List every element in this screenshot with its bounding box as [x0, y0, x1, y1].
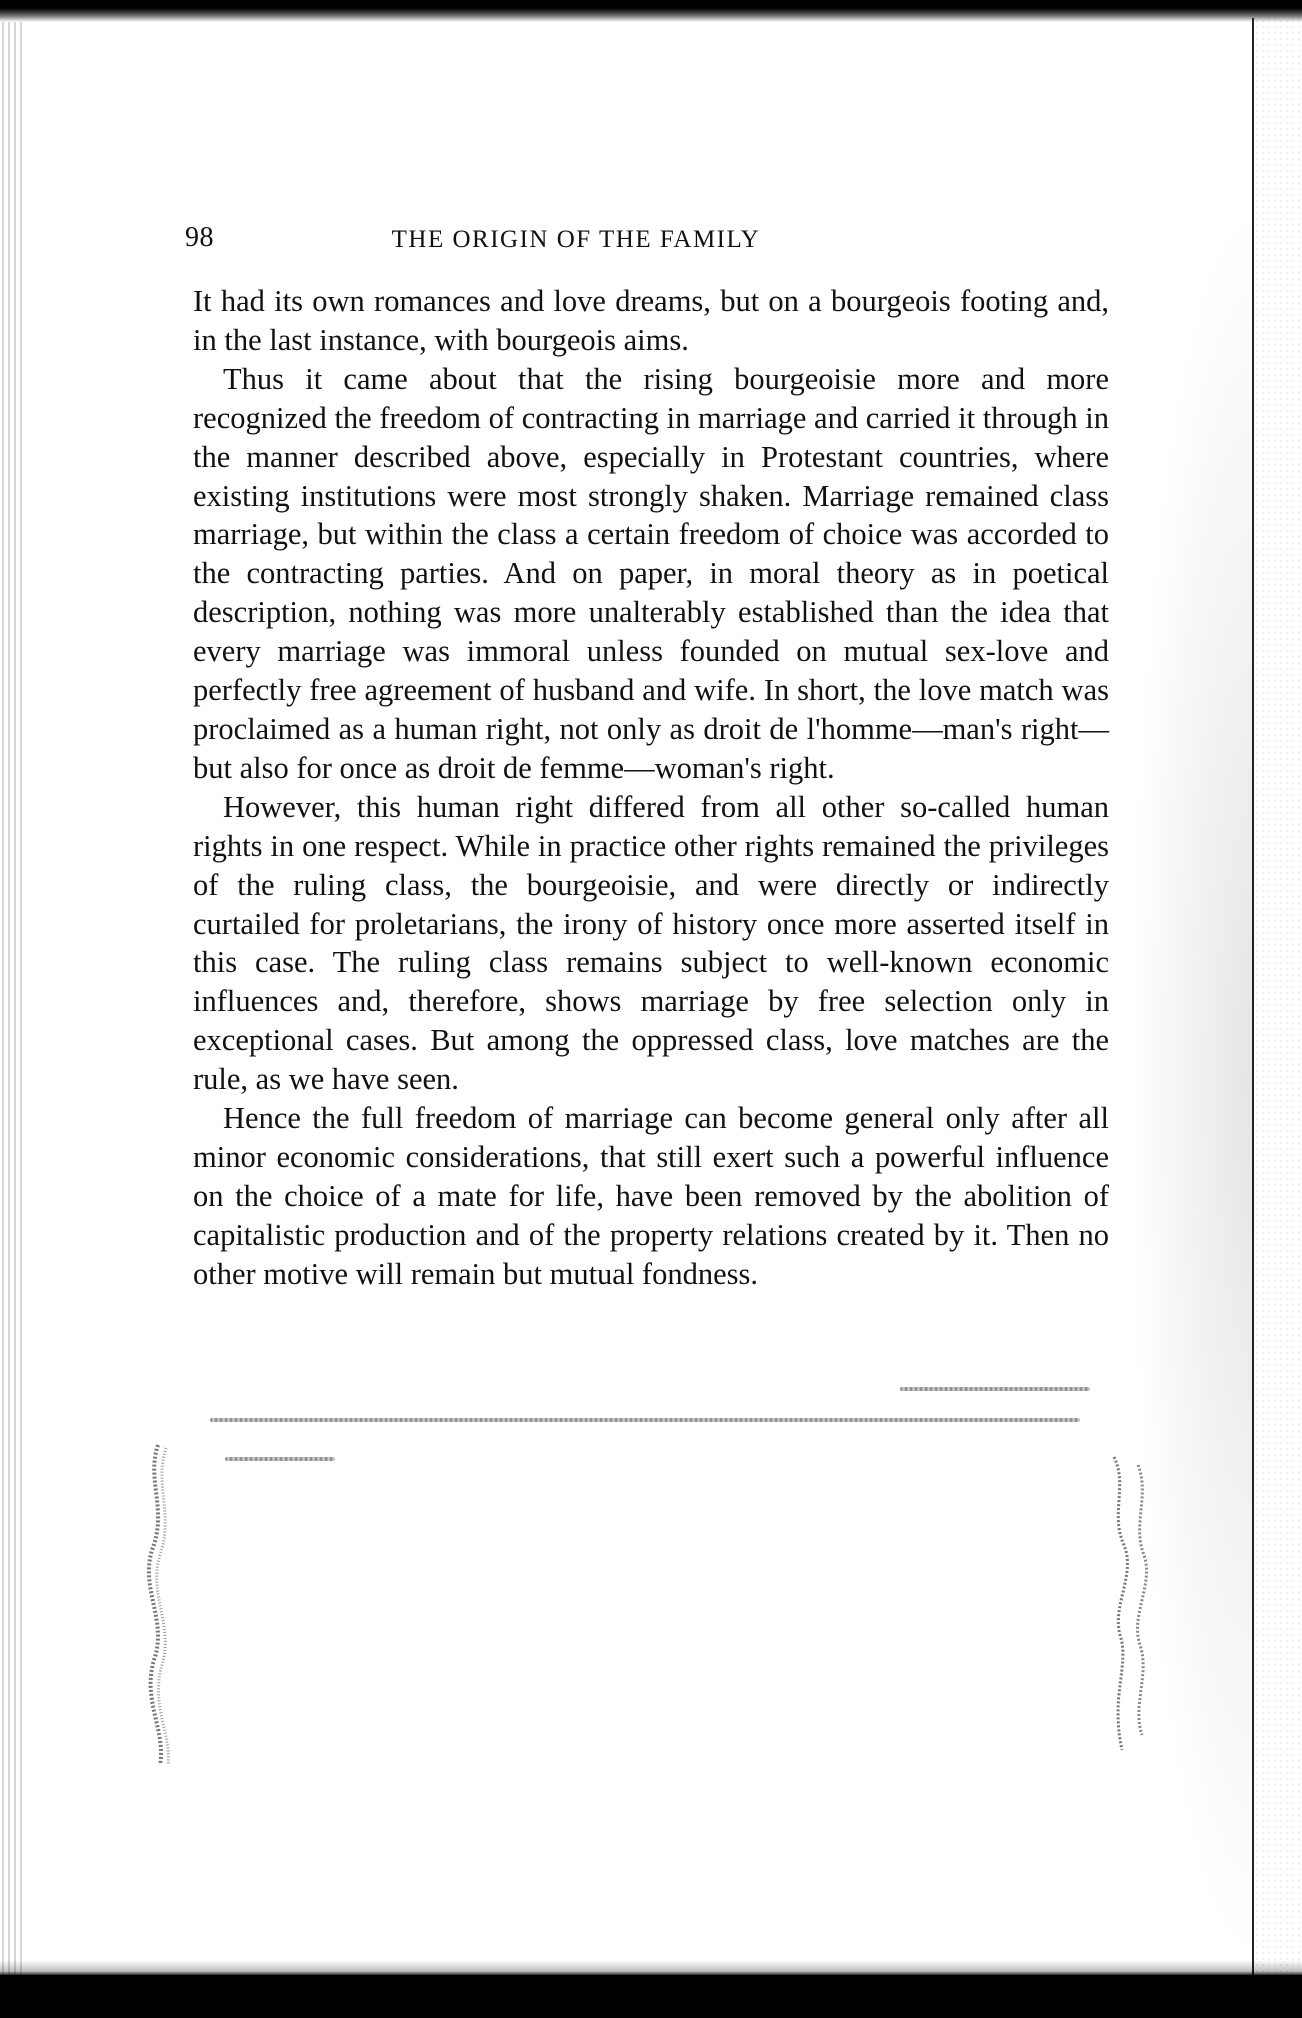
pencil-bracket-left-icon	[138, 1440, 178, 1770]
adjacent-page-texture	[1254, 18, 1302, 1978]
book-page: 98 THE ORIGIN OF THE FAMILY It had its o…	[193, 222, 1109, 1294]
paragraph: It had its own romances and love dreams,…	[193, 282, 1109, 360]
book-gutter	[0, 22, 22, 1977]
running-title: THE ORIGIN OF THE FAMILY	[193, 226, 1109, 254]
paragraph: However, this human right differed from …	[193, 788, 1109, 1099]
pencil-underline-mark	[225, 1457, 335, 1461]
pencil-underline-mark	[900, 1387, 1090, 1391]
pencil-bracket-right-icon	[1108, 1455, 1158, 1755]
body-text: It had its own romances and love dreams,…	[193, 282, 1109, 1294]
pencil-underline-mark	[210, 1418, 1080, 1422]
page-header: 98 THE ORIGIN OF THE FAMILY	[193, 222, 1109, 260]
paragraph: Hence the full freedom of marriage can b…	[193, 1099, 1109, 1294]
scan-bottom-border	[0, 1975, 1302, 2018]
scan-bottom-fade	[0, 1960, 1302, 1976]
scan-top-border	[0, 0, 1302, 22]
paragraph: Thus it came about that the rising bourg…	[193, 360, 1109, 788]
